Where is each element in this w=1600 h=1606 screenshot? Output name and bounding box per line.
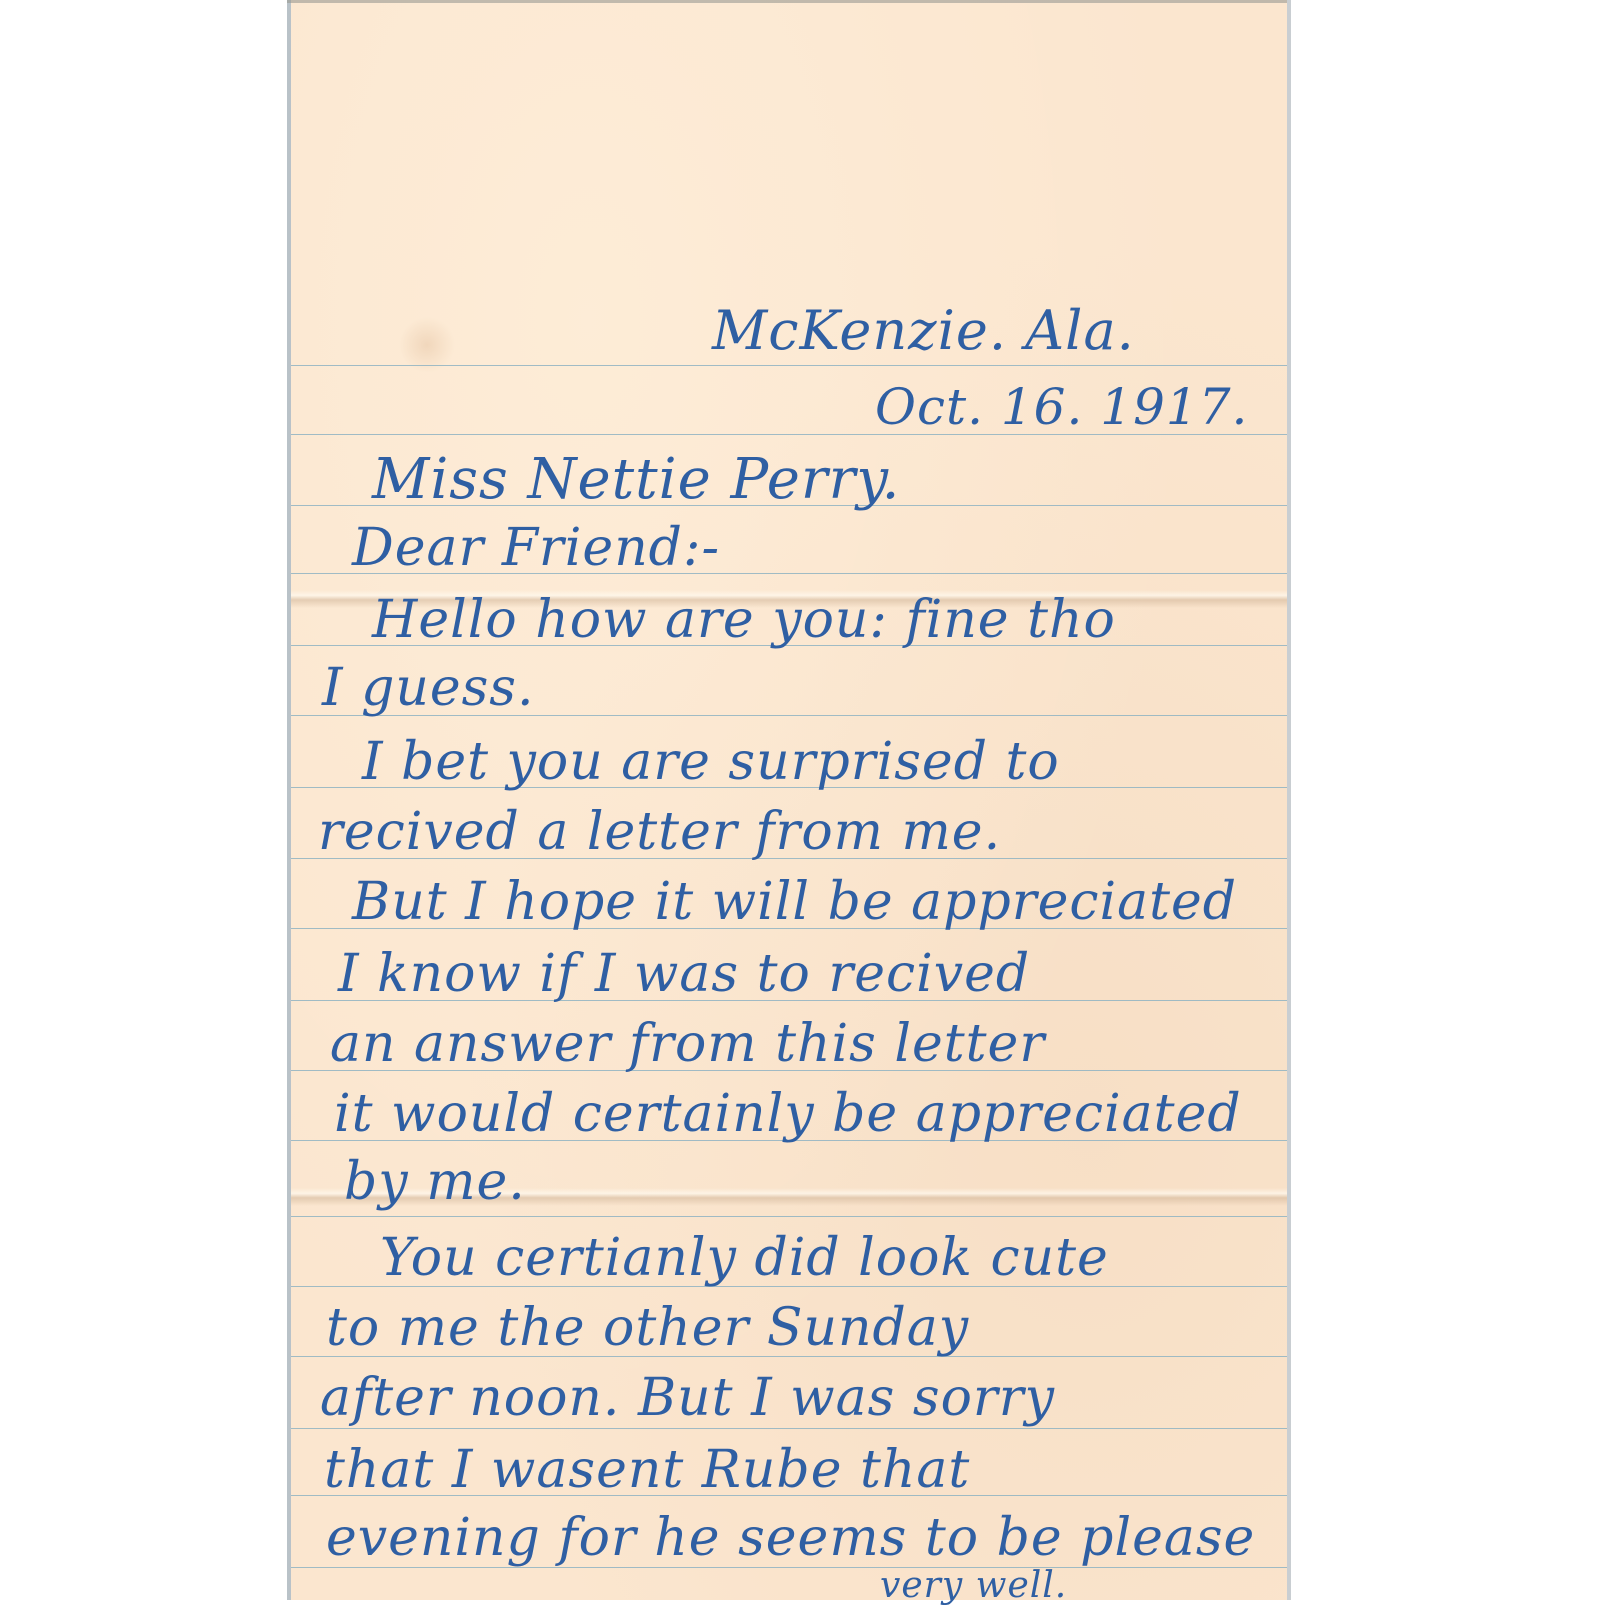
body-line: evening for he seems to be please [326, 1512, 1255, 1564]
body-line: But I hope it will be appreciated [352, 876, 1237, 928]
body-line: I bet you are surprised to [362, 736, 1060, 788]
body-line: I know if I was to recived [338, 948, 1030, 1000]
letter-place: McKenzie. Ala. [712, 304, 1135, 358]
letter-salutation: Dear Friend:- [352, 522, 720, 574]
body-line: very well. [880, 1568, 1067, 1600]
page-right-edge [1287, 0, 1291, 1600]
body-line: an answer from this letter [330, 1018, 1045, 1070]
body-line: Hello how are you: fine tho [372, 594, 1116, 646]
page-top-edge [287, 0, 1290, 3]
letter-date: Oct. 16. 1917. [875, 382, 1248, 432]
body-line: I guess. [322, 662, 535, 714]
letter-recipient: Miss Nettie Perry. [372, 452, 900, 508]
body-line: that I wasent Rube that [324, 1444, 970, 1496]
body-line: it would certainly be appreciated [334, 1088, 1242, 1140]
ruled-line [291, 1216, 1287, 1217]
body-line: recived a letter from me. [318, 806, 1001, 858]
body-line: by me. [344, 1156, 526, 1208]
ruled-line [291, 1428, 1287, 1429]
letter-page [287, 0, 1290, 1600]
body-line: to me the other Sunday [326, 1302, 969, 1354]
body-line: You certianly did look cute [380, 1232, 1109, 1284]
ruled-line [291, 365, 1287, 366]
body-line: after noon. But I was sorry [320, 1372, 1055, 1424]
